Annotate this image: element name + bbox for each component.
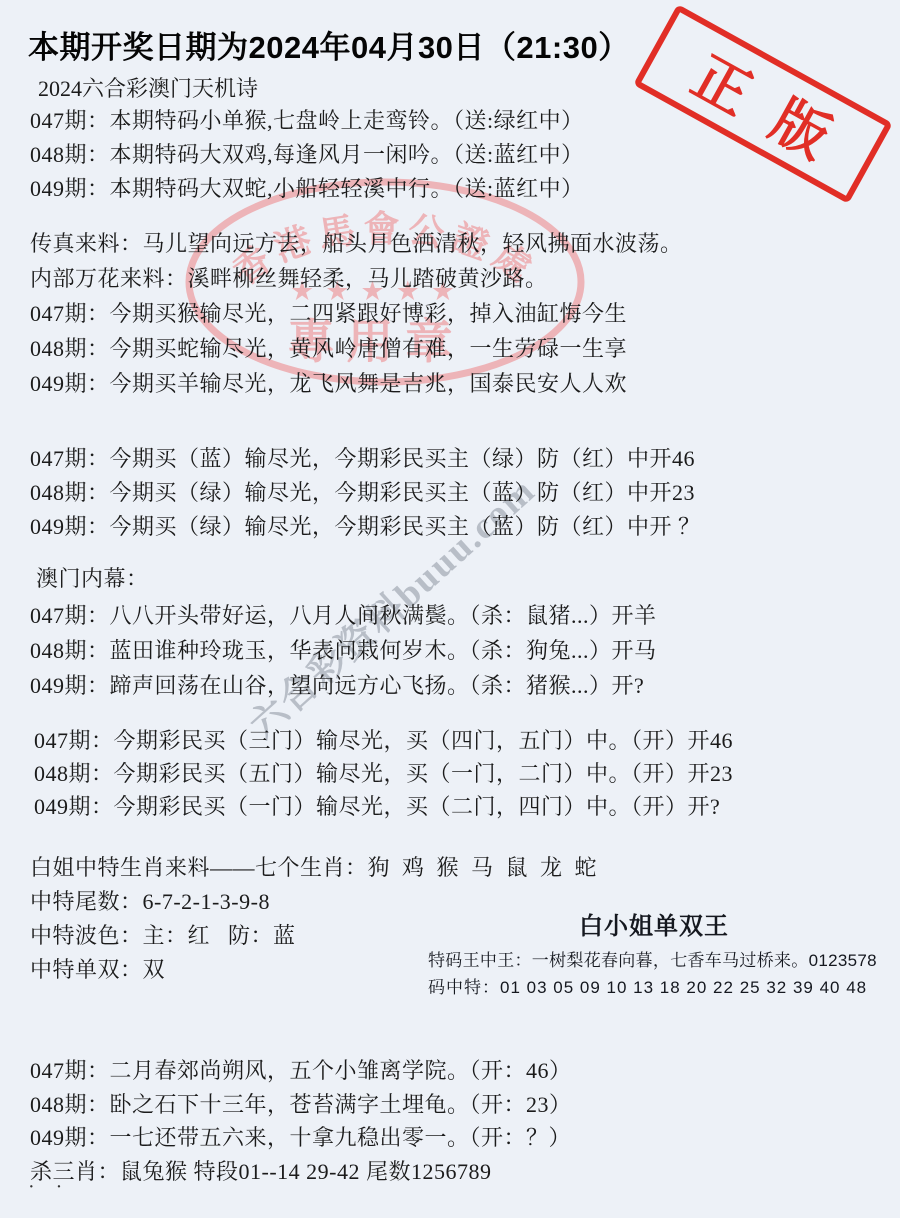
poem-line: 048期：本期特码大双鸡,每逢风月一闲吟。（送:蓝红中） [30, 138, 584, 172]
macau-line: 049期：蹄声回荡在山谷，望向远方心飞扬。（杀：猪猴...）开? [30, 668, 657, 703]
fax-line: 048期：今期买蛇输尽光，黄风岭唐僧有难，一生劳碌一生享 [30, 331, 683, 366]
white-lady-title: 白小姐单双王 [428, 906, 880, 941]
color-line: 048期：今期买（绿）输尽光，今期彩民买主（蓝）防（红）中开23 [30, 476, 701, 510]
fax-line: 049期：今期买羊输尽光，龙飞风舞是吉兆，国泰民安人人欢 [30, 366, 683, 401]
bottom-line: 048期：卧之石下十三年，苍苔满字土埋龟。（开：23） [30, 1088, 572, 1122]
color-line: 047期：今期买（蓝）输尽光，今期彩民买主（绿）防（红）中开46 [30, 442, 701, 476]
fax-line: 传真来料：马儿望向远方去，船头月色洒清秋，轻风拂面水波荡。 [30, 226, 683, 261]
gate-line: 049期：今期彩民买（一门）输尽光，买（二门，四门）中。（开）开? [34, 790, 733, 823]
color-line: 049期：今期买（绿）输尽光，今期彩民买主（蓝）防（红）中开 ？ [30, 510, 701, 544]
gate-line: 048期：今期彩民买（五门）输尽光，买（一门，二门）中。（开）开23 [34, 757, 733, 790]
fax-line: 内部万花来料：溪畔柳丝舞轻柔，马儿踏破黄沙路。 [30, 261, 683, 296]
lottery-flyer: { "page": { "background": "#edf1f7" }, "… [0, 0, 900, 1218]
zodiac-line: 白姐中特生肖来料——七个生肖：狗 鸡 猴 马 鼠 龙 蛇 [30, 851, 597, 885]
bottom-section: 047期：二月春郊尚朔风，五个小雏离学院。（开：46） 048期：卧之石下十三年… [30, 1054, 572, 1188]
fax-section: 传真来料：马儿望向远方去，船头月色洒清秋，轻风拂面水波荡。 内部万花来料：溪畔柳… [30, 226, 683, 401]
bottom-line: 杀三肖：鼠兔猴 特段01--14 29-42 尾数1256789 [30, 1155, 572, 1189]
macau-line: 047期：八八开头带好运，八月人间秋满鬓。（杀：鼠猪...）开羊 [30, 598, 657, 633]
special-codes-line: 码中特：01 03 05 09 10 13 18 20 22 25 32 39 … [428, 974, 880, 1001]
fax-line: 047期：今期买猴输尽光，二四紧跟好博彩，掉入油缸悔今生 [30, 296, 683, 331]
king-of-kings-line: 特码王中王：一树梨花春向暮，七香车马过桥来。0123578 [428, 947, 880, 974]
bottom-line: 047期：二月春郊尚朔风，五个小雏离学院。（开：46） [30, 1054, 572, 1088]
poem-section: 047期：本期特码小单猴,七盘岭上走鸾铃。（送:绿红中） 048期：本期特码大双… [30, 104, 584, 206]
page-title: 本期开奖日期为2024年04月30日（21:30） [28, 22, 630, 67]
white-lady-box: 白小姐单双王 特码王中王：一树梨花春向暮，七香车马过桥来。0123578 码中特… [428, 906, 880, 1001]
genuine-stamp: 正版 [633, 4, 893, 204]
footer-dots: · · [28, 1176, 70, 1199]
gate-line: 047期：今期彩民买（三门）输尽光，买（四门，五门）中。（开）开46 [34, 724, 733, 757]
page-subtitle: 2024六合彩澳门天机诗 [38, 72, 258, 103]
bottom-line: 049期：一七还带五六来，十拿九稳出零一。（开：？） [30, 1121, 572, 1155]
macau-line: 048期：蓝田谁种玲珑玉，华表问栽何岁木。（杀：狗兔...）开马 [30, 633, 657, 668]
gate-section: 047期：今期彩民买（三门）输尽光，买（四门，五门）中。（开）开46 048期：… [34, 724, 733, 823]
color-section: 047期：今期买（蓝）输尽光，今期彩民买主（绿）防（红）中开46 048期：今期… [30, 442, 701, 544]
poem-line: 049期：本期特码大双蛇,小船轻轻溪中行。（送:蓝红中） [30, 172, 584, 206]
macau-heading: 澳门内幕： [36, 562, 149, 596]
poem-line: 047期：本期特码小单猴,七盘岭上走鸾铃。（送:绿红中） [30, 104, 584, 138]
macau-section: 047期：八八开头带好运，八月人间秋满鬓。（杀：鼠猪...）开羊 048期：蓝田… [30, 598, 657, 703]
